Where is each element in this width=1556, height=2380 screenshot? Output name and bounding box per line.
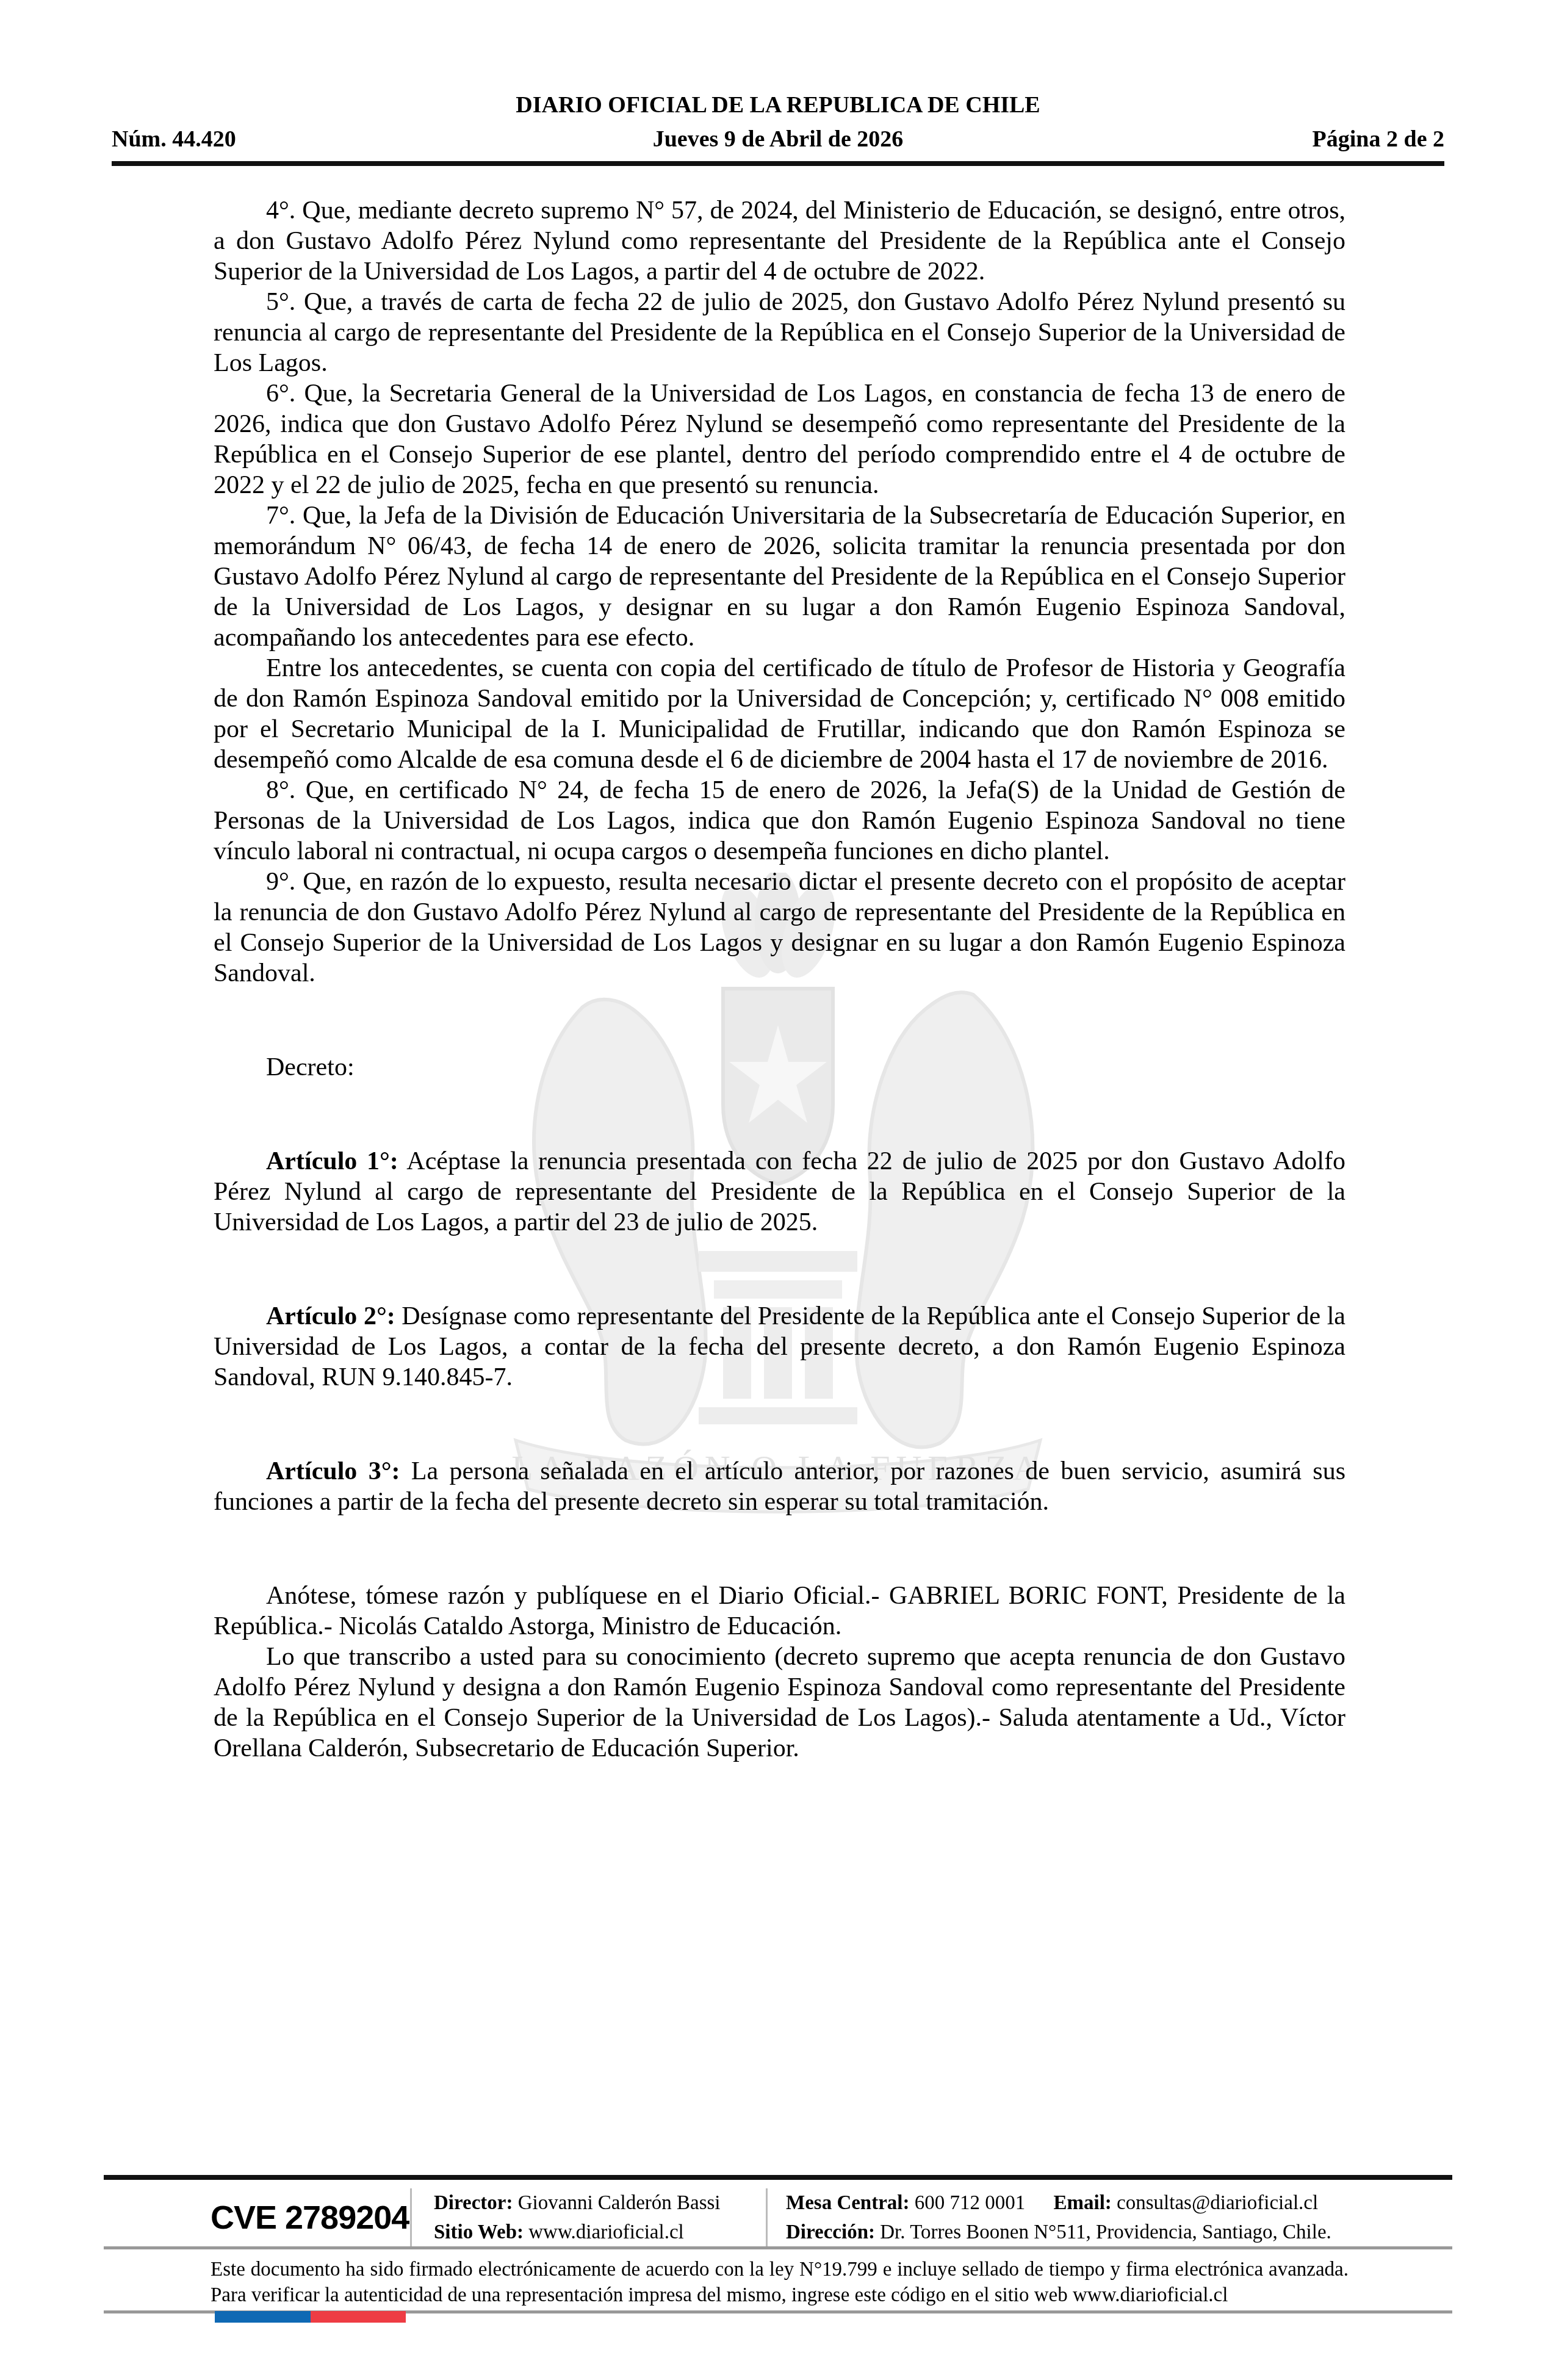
mesa-central-label: Mesa Central: [786, 2192, 910, 2214]
direccion-label: Dirección: [786, 2221, 875, 2243]
email-address[interactable]: consultas@diarioficial.cl [1117, 2192, 1318, 2214]
website-url[interactable]: www.diarioficial.cl [528, 2221, 683, 2243]
paragraph-5: 5°. Que, a través de carta de fecha 22 d… [214, 287, 1345, 378]
header-rule [112, 161, 1444, 166]
director-label: Director: [434, 2192, 513, 2214]
decree-body: 4°. Que, mediante decreto supremo N° 57,… [214, 195, 1345, 1764]
paragraph-antecedentes: Entre los antecedentes, se cuenta con co… [214, 653, 1345, 775]
paragraph-6: 6°. Que, la Secretaria General de la Uni… [214, 378, 1345, 500]
issue-number: Núm. 44.420 [112, 126, 236, 153]
footer-divider-rule [104, 2246, 1452, 2249]
decreto-heading: Decreto: [214, 1052, 1345, 1083]
website-label: Sitio Web: [434, 2221, 524, 2243]
articulo-1-label: Artículo 1°: [266, 1147, 398, 1175]
cve-code: CVE 2789204 [211, 2199, 410, 2237]
mesa-central-phone: 600 712 0001 [915, 2192, 1026, 2214]
signature-disclaimer: Este documento ha sido firmado electróni… [211, 2257, 1349, 2308]
paragraph-9: 9°. Que, en razón de lo expuesto, result… [214, 867, 1345, 989]
articulo-3: Artículo 3°: La persona señalada en el a… [214, 1456, 1345, 1517]
publication-date: Jueves 9 de Abril de 2026 [653, 126, 904, 153]
flag-blue-segment [215, 2311, 311, 2323]
flag-red-segment [311, 2311, 406, 2323]
paragraph-7: 7°. Que, la Jefa de la División de Educa… [214, 500, 1345, 653]
footer-info: CVE 2789204 Director: Giovanni Calderón … [211, 2188, 1345, 2247]
direccion-value: Dr. Torres Boonen N°511, Providencia, Sa… [880, 2221, 1331, 2243]
gazette-page: LA RAZÓN O LA FUERZA DIARIO OFICIAL DE L… [0, 0, 1556, 2380]
paragraph-4: 4°. Que, mediante decreto supremo N° 57,… [214, 195, 1345, 287]
email-label: Email: [1054, 2192, 1112, 2214]
articulo-2: Artículo 2°: Desígnase como representant… [214, 1301, 1345, 1393]
articulo-1: Artículo 1°: Acéptase la renuncia presen… [214, 1146, 1345, 1238]
director-name: Giovanni Calderón Bassi [518, 2192, 721, 2214]
paragraph-transcripcion: Lo que transcribo a usted para su conoci… [214, 1642, 1345, 1764]
footer-top-rule [104, 2175, 1452, 2180]
chile-flag-bar [215, 2311, 406, 2323]
page-indicator: Página 2 de 2 [1313, 126, 1444, 153]
footer-director-block: Director: Giovanni Calderón Bassi Sitio … [410, 2188, 766, 2247]
publication-title: DIARIO OFICIAL DE LA REPUBLICA DE CHILE [112, 92, 1444, 118]
paragraph-8: 8°. Que, en certificado N° 24, de fecha … [214, 775, 1345, 867]
articulo-3-label: Artículo 3°: [266, 1457, 400, 1485]
articulo-2-label: Artículo 2°: [266, 1302, 395, 1330]
masthead: DIARIO OFICIAL DE LA REPUBLICA DE CHILE … [112, 92, 1444, 166]
footer-contact-block: Mesa Central: 600 712 0001 Email: consul… [766, 2188, 1345, 2247]
paragraph-anotese: Anótese, tómese razón y publíquese en el… [214, 1581, 1345, 1642]
